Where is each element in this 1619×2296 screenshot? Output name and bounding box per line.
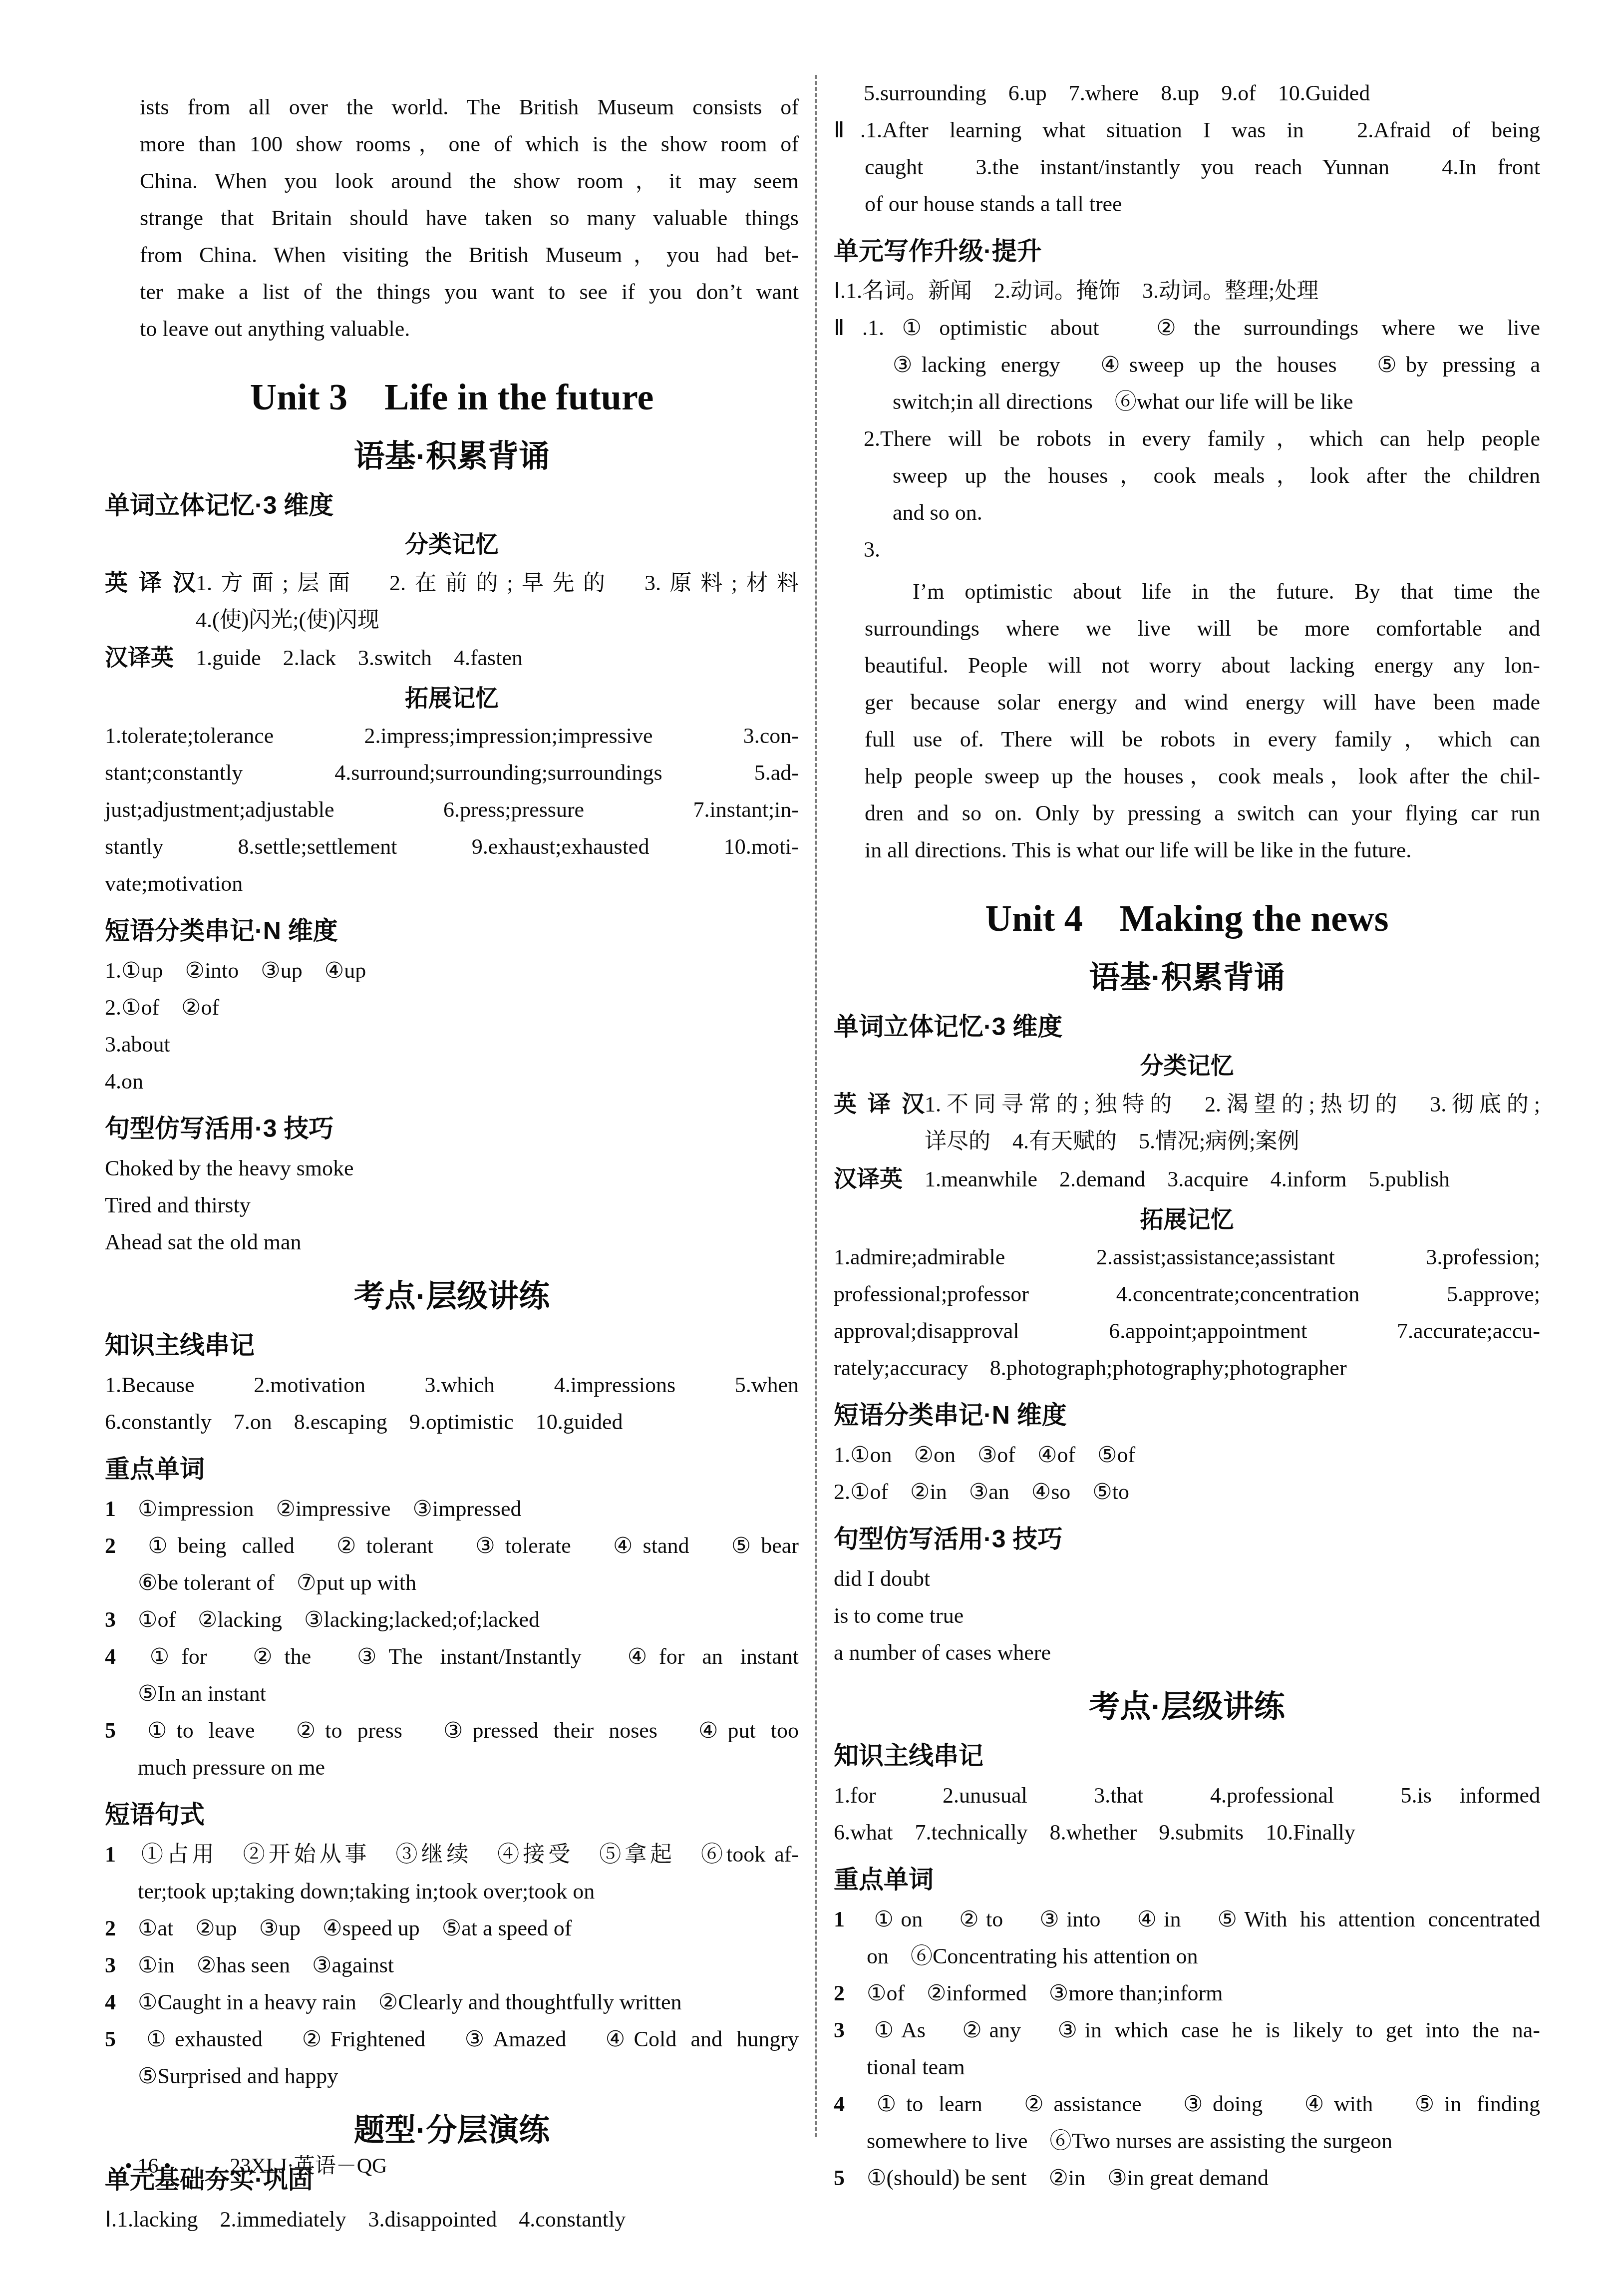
- text-line: ③lacking energy ④sweep up the houses ⑤by…: [893, 347, 1540, 383]
- text-line: 3①As ②any ③in which case he is likely to…: [867, 2012, 1540, 2049]
- text-line: 1.tolerate;tolerance 2.impress;impressio…: [105, 718, 799, 755]
- text-line: ter make a list of the things you want t…: [140, 274, 799, 311]
- text-line: approval;disapproval 6.appoint;appointme…: [834, 1313, 1540, 1350]
- text-line: Ⅱ.1.①optimistic about ②the surroundings …: [893, 310, 1540, 347]
- answer-line: Choked by the heavy smoke: [105, 1150, 799, 1187]
- text-line: 英译汉1.不同寻常的;独特的 2.渴望的;热切的 3.彻底的;: [925, 1085, 1540, 1123]
- text-line: 2①at ②up ③up ④speed up ⑤at a speed of: [138, 1910, 799, 1947]
- item-number: 1: [834, 1901, 867, 1938]
- section-banner: 题型·分层演练: [105, 2111, 799, 2151]
- numbered-answer: 3①of ②lacking ③lacking;lacked;of;lacked: [105, 1601, 799, 1638]
- text-line: 2.There will be robots in every family，w…: [893, 420, 1540, 457]
- text-line: more than 100 show rooms，one of which is…: [140, 126, 799, 163]
- text-line: 1①impression ②impressive ③impressed: [138, 1491, 799, 1528]
- text-line: did I doubt: [834, 1560, 1540, 1597]
- text-line: 4①for ②the ③The instant/Instantly ④for a…: [138, 1638, 799, 1675]
- text-line: Ⅱ.1.After learning what situation I was …: [865, 112, 1540, 149]
- answer-line: did I doubt: [834, 1560, 1540, 1597]
- text-line: 4①to learn ②assistance ③doing ④with ⑤in …: [867, 2086, 1540, 2123]
- continued-paragraph: ists from all over the world. The Britis…: [140, 89, 799, 348]
- numbered-answer: 1①占用 ②开始从事 ③继续 ④接受 ⑤拿起 ⑥took af-ter;took…: [105, 1836, 799, 1910]
- item-number: 5: [105, 1712, 138, 1749]
- text-line: tional team: [867, 2049, 1540, 2086]
- item-number: 5: [105, 2021, 138, 2058]
- unit-title: Unit 3 Life in the future: [105, 375, 799, 421]
- answer-line: Ⅰ.1.lacking 2.immediately 3.disappointed…: [105, 2201, 799, 2238]
- item-number: 1: [105, 1491, 138, 1528]
- numbered-answer: 4①for ②the ③The instant/Instantly ④for a…: [105, 1638, 799, 1712]
- item-number: 4: [834, 2086, 867, 2123]
- text-line: 2①of ②informed ③more than;inform: [867, 1975, 1540, 2012]
- text-line: from China. When visiting the British Mu…: [140, 237, 799, 274]
- text-line: 短语分类串记·N 维度: [834, 1398, 1540, 1433]
- text-line: 5①(should) be sent ②in ③in great demand: [867, 2160, 1540, 2197]
- text-line: 分类记忆: [105, 528, 799, 561]
- numbered-answer: 2①of ②informed ③more than;inform: [834, 1975, 1540, 2012]
- text-line: 知识主线串记: [834, 1738, 1540, 1773]
- left-column: ists from all over the world. The Britis…: [105, 75, 799, 2238]
- text-line: 2①being called ②tolerant ③tolerate ④stan…: [138, 1528, 799, 1564]
- edition-code: 23XLJ·英语－QG: [230, 2155, 387, 2178]
- text-line: 重点单词: [105, 1452, 799, 1487]
- text-line: in all directions. This is what our life…: [865, 832, 1540, 869]
- answer-line: Ⅰ.1.名词。新闻 2.动词。掩饰 3.动词。整理;处理: [834, 273, 1540, 310]
- text-line: China. When you look around the show roo…: [140, 163, 799, 200]
- text-line: of our house stands a tall tree: [865, 186, 1540, 223]
- item-number: 1: [105, 1836, 138, 1873]
- item-number: 2: [105, 1910, 138, 1947]
- text-line: 2.①of ②of: [105, 989, 799, 1026]
- item-label: 汉译英: [105, 639, 196, 676]
- item-number: 3: [834, 2012, 867, 2049]
- text-line: 单词立体记忆·3 维度: [834, 1009, 1540, 1044]
- item-label: 英译汉: [834, 1085, 925, 1122]
- text-line: a number of cases where: [834, 1634, 1540, 1671]
- labeled-item: 英译汉1.方面;层面 2.在前的;早先的 3.原料;材料4.(使)闪光;(使)闪…: [105, 564, 799, 639]
- answer-line: 2.①of ②of: [105, 989, 799, 1026]
- answer-line: 1.①up ②into ③up ④up: [105, 952, 799, 989]
- subheading-centered: 分类记忆: [834, 1049, 1540, 1082]
- subheading: 重点单词: [834, 1862, 1540, 1897]
- text-line: is to come true: [834, 1597, 1540, 1634]
- section-banner: 考点·层级讲练: [105, 1277, 799, 1317]
- subheading-centered: 拓展记忆: [834, 1203, 1540, 1236]
- text-line: dren and so on. Only by pressing a switc…: [865, 795, 1540, 832]
- text-line: 考点·层级讲练: [834, 1687, 1540, 1728]
- labeled-item: 英译汉1.不同寻常的;独特的 2.渴望的;热切的 3.彻底的;详尽的 4.有天赋…: [834, 1085, 1540, 1160]
- text-line: ists from all over the world. The Britis…: [140, 89, 799, 126]
- text-line: 3.: [864, 531, 1540, 568]
- item-number: 5: [834, 2160, 867, 2197]
- text-line: ⑥be tolerant of ⑦put up with: [138, 1564, 799, 1601]
- text-line: stantly 8.settle;settlement 9.exhaust;ex…: [105, 828, 799, 865]
- text-line: I’m optimistic about life in the future.…: [865, 573, 1540, 610]
- numbered-answer: 3①in ②has seen ③against: [105, 1947, 799, 1984]
- text-line: Unit 3 Life in the future: [105, 375, 799, 421]
- text-line: 详尽的 4.有天赋的 5.情况;病例;案例: [925, 1123, 1540, 1160]
- answer-list: 1.for 2.unusual 3.that 4.professional 5.…: [834, 1777, 1540, 1851]
- text-line: Choked by the heavy smoke: [105, 1150, 799, 1187]
- model-essay: I’m optimistic about life in the future.…: [865, 573, 1540, 869]
- text-line: 考点·层级讲练: [105, 1277, 799, 1317]
- item-number: 3: [105, 1947, 138, 1984]
- item-number: 4: [105, 1984, 138, 2021]
- text-line: 6.what 7.technically 8.whether 9.submits…: [834, 1814, 1540, 1851]
- text-line: ⑤Surprised and happy: [138, 2058, 799, 2095]
- text-line: 汉译英1.meanwhile 2.demand 3.acquire 4.info…: [925, 1160, 1540, 1198]
- text-line: sweep up the houses，cook meals，look afte…: [893, 457, 1540, 494]
- text-line: Tired and thirsty: [105, 1187, 799, 1224]
- text-line: 语基·积累背诵: [834, 958, 1540, 999]
- answer-line: 3.: [864, 531, 1540, 568]
- text-line: 知识主线串记: [105, 1328, 799, 1363]
- item-number: 4: [105, 1638, 138, 1675]
- section-banner: 语基·积累背诵: [105, 437, 799, 477]
- answer-line: is to come true: [834, 1597, 1540, 1634]
- item-number: 3: [105, 1601, 138, 1638]
- right-column: 5.surrounding 6.up 7.where 8.up 9.of 10.…: [834, 75, 1540, 2197]
- text-line: much pressure on me: [138, 1749, 799, 1786]
- text-line: 句型仿写活用·3 技巧: [105, 1111, 799, 1146]
- text-line: ⑤In an instant: [138, 1675, 799, 1712]
- numbered-answer: 1①impression ②impressive ③impressed: [105, 1491, 799, 1528]
- subheading: 短语句式: [105, 1797, 799, 1832]
- numbered-answer: 4①to learn ②assistance ③doing ④with ⑤in …: [834, 2086, 1540, 2160]
- subheading-centered: 拓展记忆: [105, 682, 799, 715]
- unit-title: Unit 4 Making the news: [834, 896, 1540, 942]
- text-line: 5.surrounding 6.up 7.where 8.up 9.of 10.…: [864, 75, 1540, 112]
- text-line: 4.(使)闪光;(使)闪现: [196, 602, 799, 639]
- text-line: 拓展记忆: [834, 1203, 1540, 1236]
- numbered-answer: 4①Caught in a heavy rain ②Clearly and th…: [105, 1984, 799, 2021]
- subheading: 单词立体记忆·3 维度: [834, 1009, 1540, 1044]
- subheading: 知识主线串记: [834, 1738, 1540, 1773]
- answer-line: 4.on: [105, 1063, 799, 1100]
- item-number: 2: [105, 1528, 138, 1564]
- text-line: professional;professor 4.concentrate;con…: [834, 1276, 1540, 1313]
- text-line: 分类记忆: [834, 1049, 1540, 1082]
- labeled-item: 汉译英1.meanwhile 2.demand 3.acquire 4.info…: [834, 1160, 1540, 1198]
- item-number: 2: [834, 1975, 867, 2012]
- text-line: 短语分类串记·N 维度: [105, 913, 799, 948]
- text-line: ger because solar energy and wind energy…: [865, 684, 1540, 721]
- answer-line: Tired and thirsty: [105, 1187, 799, 1224]
- answer-line: Ahead sat the old man: [105, 1224, 799, 1261]
- workbook-page: ists from all over the world. The Britis…: [0, 0, 1619, 2296]
- text-line: 1.①up ②into ③up ④up: [105, 952, 799, 989]
- labeled-item: 汉译英1.guide 2.lack 3.switch 4.fasten: [105, 639, 799, 677]
- text-line: 单元写作升级·提升: [834, 234, 1540, 269]
- numbered-answer: 2.There will be robots in every family，w…: [864, 420, 1540, 531]
- text-line: 3①in ②has seen ③against: [138, 1947, 799, 1984]
- text-line: switch;in all directions ⑥what our life …: [893, 383, 1540, 420]
- subheading: 重点单词: [105, 1452, 799, 1487]
- subheading: 知识主线串记: [105, 1328, 799, 1363]
- text-line: 4①Caught in a heavy rain ②Clearly and th…: [138, 1984, 799, 2021]
- text-line: Ⅰ.1.lacking 2.immediately 3.disappointed…: [105, 2201, 799, 2238]
- text-line: 1.①on ②on ③of ④of ⑤of: [834, 1437, 1540, 1474]
- text-line: 句型仿写活用·3 技巧: [834, 1522, 1540, 1556]
- text-line: 语基·积累背诵: [105, 437, 799, 477]
- text-line: vate;motivation: [105, 865, 799, 902]
- text-line: 1.Because 2.motivation 3.which 4.impress…: [105, 1367, 799, 1404]
- subheading: 短语分类串记·N 维度: [834, 1398, 1540, 1433]
- page-footer: • 16 •23XLJ·英语－QG: [125, 2151, 387, 2181]
- text-line: caught 3.the instant/instantly you reach…: [865, 149, 1540, 186]
- page-number: • 16 •: [125, 2155, 171, 2178]
- text-line: 短语句式: [105, 1797, 799, 1832]
- text-line: to leave out anything valuable.: [140, 311, 799, 348]
- column-divider: [815, 75, 817, 2137]
- text-line: 拓展记忆: [105, 682, 799, 715]
- text-line: 6.constantly 7.on 8.escaping 9.optimisti…: [105, 1404, 799, 1441]
- answer-list: 1.tolerate;tolerance 2.impress;impressio…: [105, 718, 799, 902]
- roman-answer: Ⅱ.1.After learning what situation I was …: [834, 112, 1540, 223]
- text-line: 5①to leave ②to press ③pressed their nose…: [138, 1712, 799, 1749]
- subheading: 句型仿写活用·3 技巧: [834, 1522, 1540, 1556]
- text-line: strange that Britain should have taken s…: [140, 200, 799, 237]
- text-line: just;adjustment;adjustable 6.press;press…: [105, 791, 799, 828]
- text-line: on ⑥Concentrating his attention on: [867, 1938, 1540, 1975]
- text-line: ter;took up;taking down;taking in;took o…: [138, 1873, 799, 1910]
- answer-line: 2.①of ②in ③an ④so ⑤to: [834, 1474, 1540, 1511]
- text-line: rately;accuracy 8.photograph;photography…: [834, 1350, 1540, 1387]
- text-line: surroundings where we live will be more …: [865, 610, 1540, 647]
- text-line: 单词立体记忆·3 维度: [105, 488, 799, 523]
- text-line: beautiful. People will not worry about l…: [865, 647, 1540, 684]
- numbered-answer: 2①being called ②tolerant ③tolerate ④stan…: [105, 1528, 799, 1601]
- text-line: somewhere to live ⑥Two nurses are assist…: [867, 2123, 1540, 2160]
- item-label: 汉译英: [834, 1160, 925, 1197]
- text-line: 3①of ②lacking ③lacking;lacked;of;lacked: [138, 1601, 799, 1638]
- text-line: and so on.: [893, 494, 1540, 531]
- numbered-answer: 1①on ②to ③into ④in ⑤With his attention c…: [834, 1901, 1540, 1975]
- text-line: 2.①of ②in ③an ④so ⑤to: [834, 1474, 1540, 1511]
- subheading-centered: 分类记忆: [105, 528, 799, 561]
- text-line: 英译汉1.方面;层面 2.在前的;早先的 3.原料;材料: [196, 564, 799, 602]
- text-line: help people sweep up the houses，cook mea…: [865, 758, 1540, 795]
- text-line: stant;constantly 4.surround;surrounding;…: [105, 755, 799, 791]
- numbered-answer: 3①As ②any ③in which case he is likely to…: [834, 2012, 1540, 2086]
- text-line: 4.on: [105, 1063, 799, 1100]
- text-line: 1①on ②to ③into ④in ⑤With his attention c…: [867, 1901, 1540, 1938]
- text-line: 1.for 2.unusual 3.that 4.professional 5.…: [834, 1777, 1540, 1814]
- answer-line: 1.①on ②on ③of ④of ⑤of: [834, 1437, 1540, 1474]
- text-line: Ahead sat the old man: [105, 1224, 799, 1261]
- section-banner: 语基·积累背诵: [834, 958, 1540, 999]
- subheading: 句型仿写活用·3 技巧: [105, 1111, 799, 1146]
- roman-answer: Ⅱ.1.①optimistic about ②the surroundings …: [834, 310, 1540, 420]
- answer-list: 1.admire;admirable 2.assist;assistance;a…: [834, 1239, 1540, 1387]
- subheading: 单元写作升级·提升: [834, 234, 1540, 269]
- text-line: 3.about: [105, 1026, 799, 1063]
- answer-line: a number of cases where: [834, 1634, 1540, 1671]
- answer-list: 1.Because 2.motivation 3.which 4.impress…: [105, 1367, 799, 1441]
- text-line: full use of. There will be robots in eve…: [865, 721, 1540, 758]
- text-line: 汉译英1.guide 2.lack 3.switch 4.fasten: [196, 639, 799, 677]
- text-line: 1.admire;admirable 2.assist;assistance;a…: [834, 1239, 1540, 1276]
- answer-line: 3.about: [105, 1026, 799, 1063]
- text-line: 1①占用 ②开始从事 ③继续 ④接受 ⑤拿起 ⑥took af-: [138, 1836, 799, 1873]
- text-line: 重点单词: [834, 1862, 1540, 1897]
- text-line: Unit 4 Making the news: [834, 896, 1540, 942]
- subheading: 短语分类串记·N 维度: [105, 913, 799, 948]
- answer-line: 5.surrounding 6.up 7.where 8.up 9.of 10.…: [864, 75, 1540, 112]
- numbered-answer: 5①(should) be sent ②in ③in great demand: [834, 2160, 1540, 2197]
- text-line: 5①exhausted ②Frightened ③Amazed ④Cold an…: [138, 2021, 799, 2058]
- subheading: 单词立体记忆·3 维度: [105, 488, 799, 523]
- numbered-answer: 5①exhausted ②Frightened ③Amazed ④Cold an…: [105, 2021, 799, 2095]
- text-line: 题型·分层演练: [105, 2111, 799, 2151]
- item-label: 英译汉: [105, 564, 196, 601]
- numbered-answer: 2①at ②up ③up ④speed up ⑤at a speed of: [105, 1910, 799, 1947]
- section-banner: 考点·层级讲练: [834, 1687, 1540, 1728]
- text-line: Ⅰ.1.名词。新闻 2.动词。掩饰 3.动词。整理;处理: [834, 273, 1540, 310]
- numbered-answer: 5①to leave ②to press ③pressed their nose…: [105, 1712, 799, 1786]
